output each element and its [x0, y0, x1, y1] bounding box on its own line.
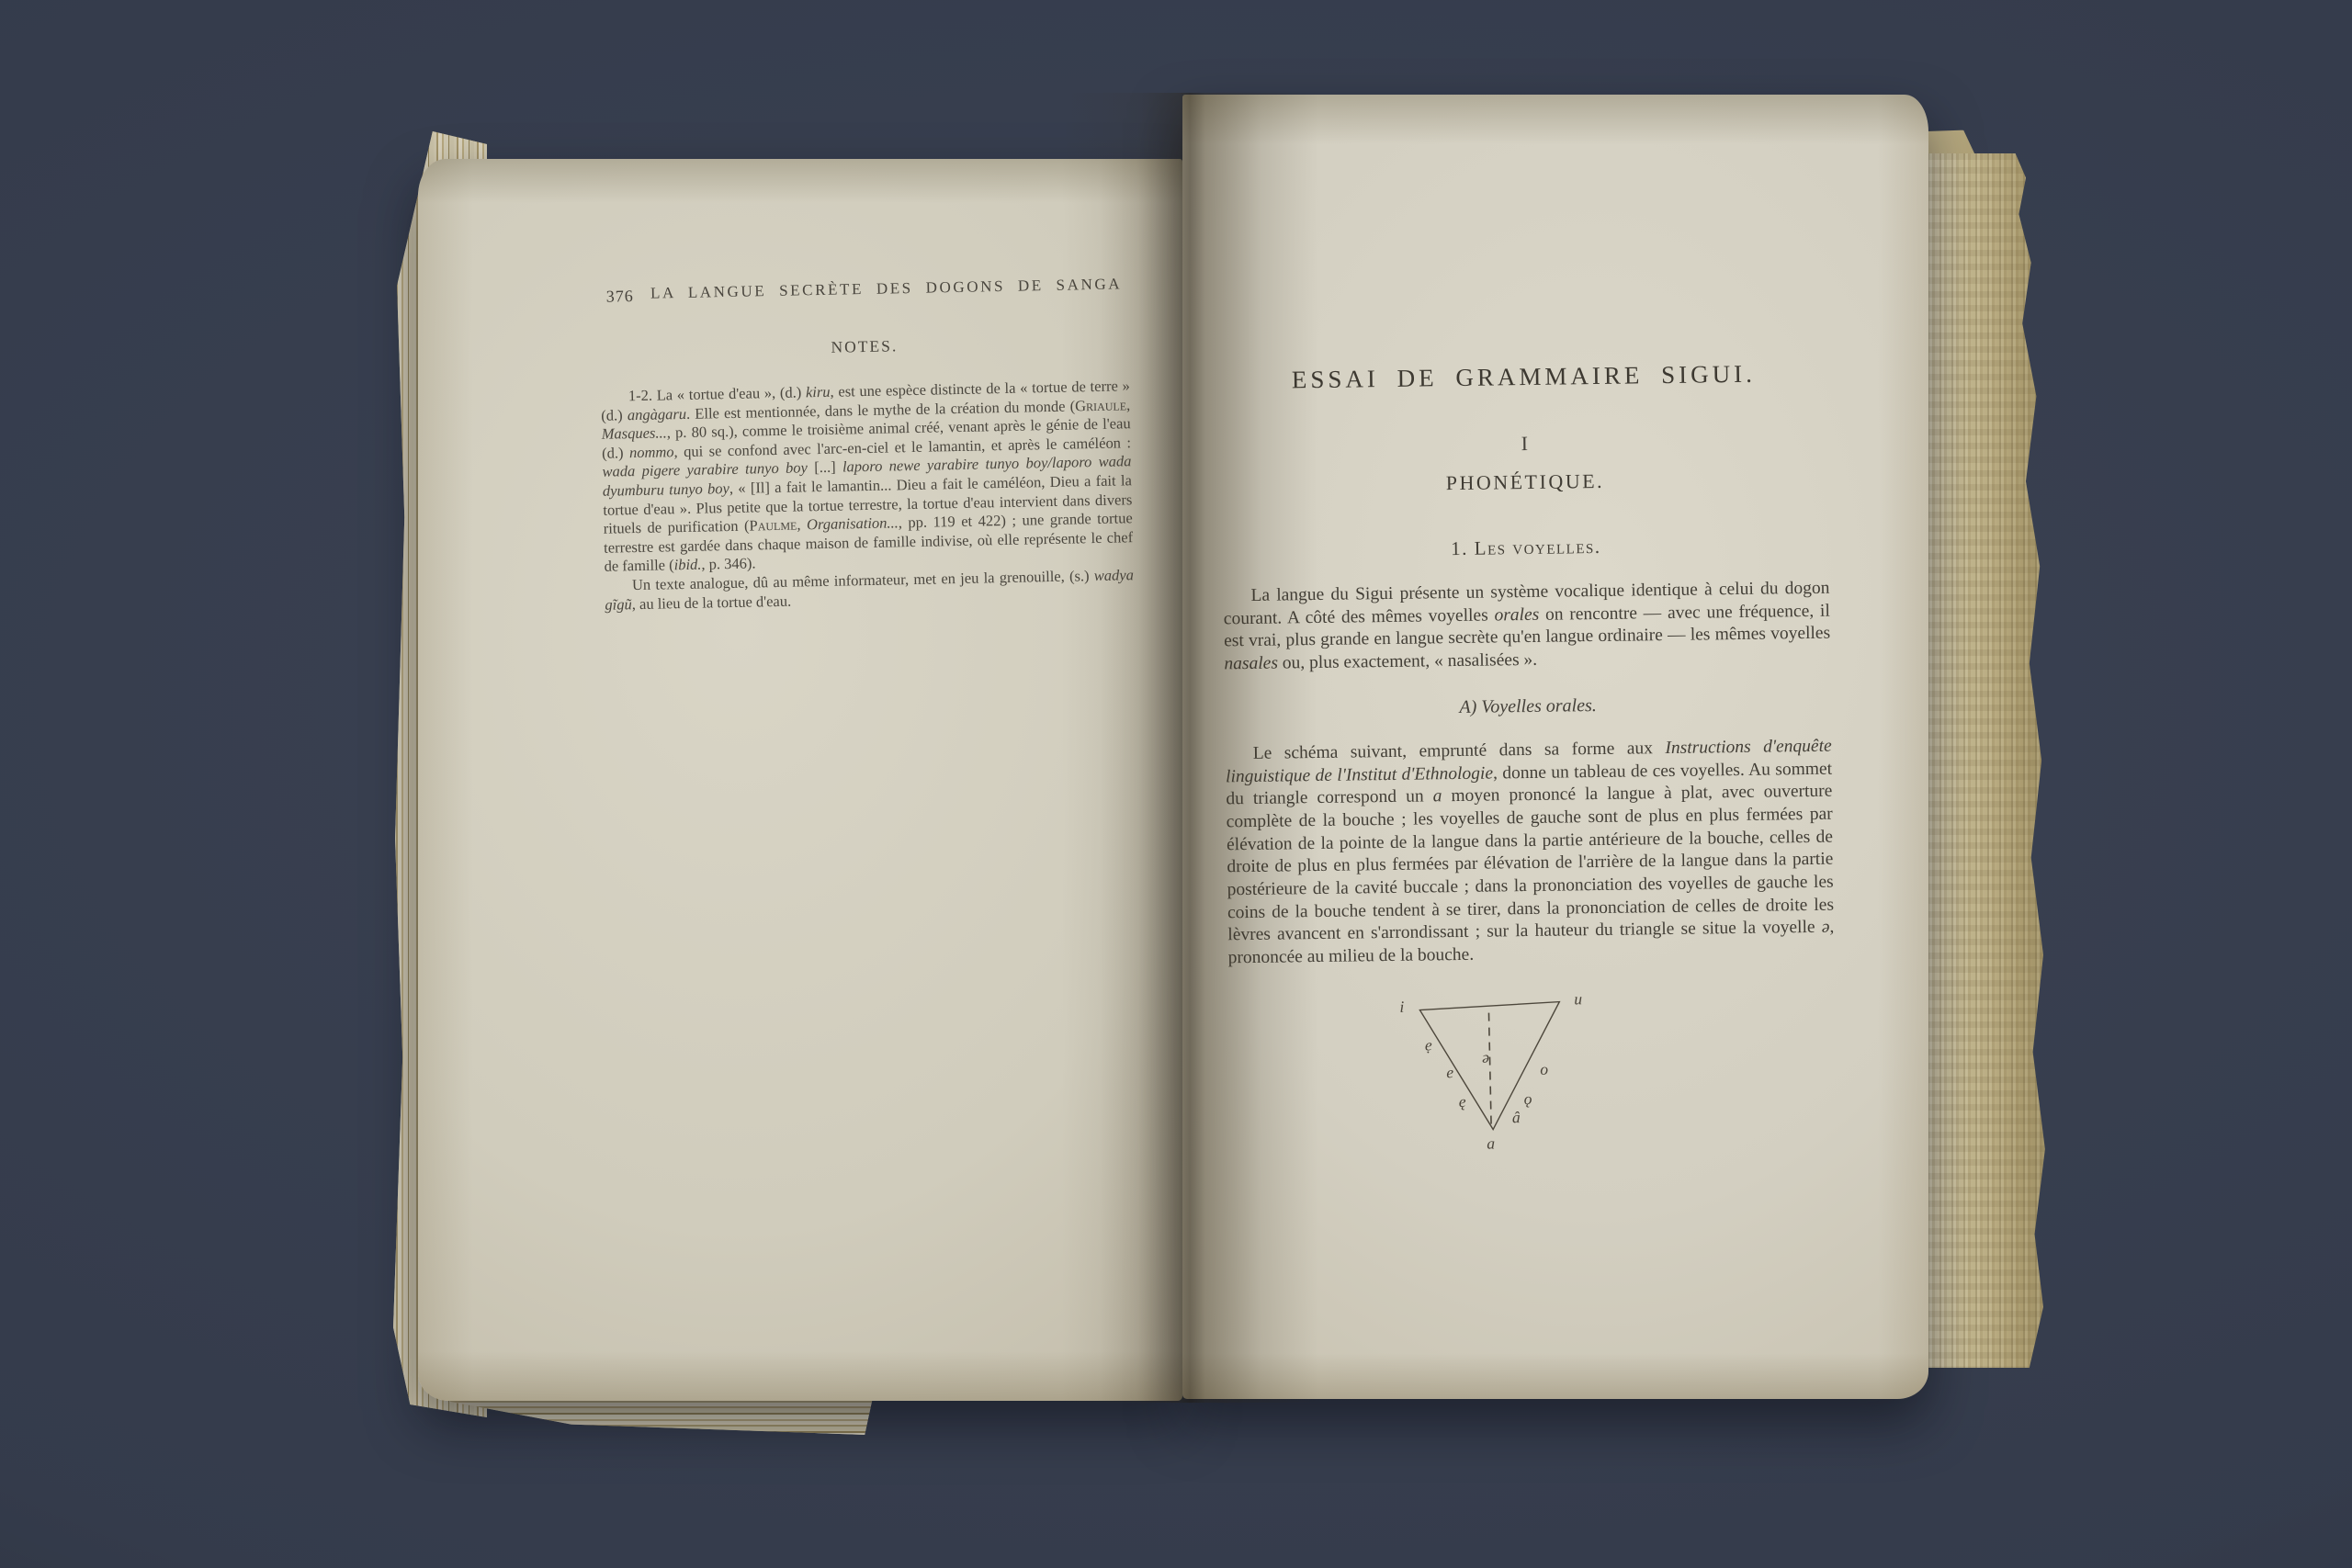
vowel-label-i: i — [1399, 999, 1404, 1016]
text-segment: , au lieu de la tortue d'eau. — [632, 592, 792, 612]
paragraph: Le schéma suivant, emprunté dans sa form… — [1226, 735, 1835, 970]
text-segment: 1-2. La « tortue d'eau », (d.) — [628, 383, 806, 404]
text-segment: kiru — [806, 383, 831, 401]
vowel-label-u: u — [1574, 991, 1582, 1008]
vowel-label-o-closed: o — [1540, 1062, 1548, 1078]
text-segment: wada pigere yarabire tunyo boy — [602, 459, 808, 480]
photo-of-open-book: { "palette": { "background": "#343b4b", … — [0, 0, 2352, 1568]
text-segment: nasales — [1224, 654, 1278, 674]
running-title: LA LANGUE SECRÈTE DES DOGONS DE SANGA — [635, 275, 1136, 303]
text-segment: , p. 346). — [701, 555, 755, 573]
text-segment: angàgaru — [628, 405, 687, 423]
text-segment: Paulme — [749, 516, 797, 535]
left-page-header: 376 LA LANGUE SECRÈTE DES DOGONS DE SANG… — [598, 275, 1127, 310]
text-segment: , — [1126, 396, 1131, 413]
part-numeral: I — [1221, 428, 1827, 460]
page-number: 376 — [606, 287, 634, 307]
left-page-text-column: 376 LA LANGUE SECRÈTE DES DOGONS DE SANG… — [598, 275, 1134, 615]
text-segment: ibid. — [673, 556, 701, 574]
vowel-label-e-open: ę — [1459, 1094, 1466, 1111]
vowel-label-a-circumflex: â — [1512, 1110, 1521, 1126]
center-dashed-line — [1488, 1012, 1491, 1123]
text-segment: Masques... — [602, 424, 667, 443]
right-fore-edge-page-stack — [1904, 153, 2078, 1368]
vowel-triangle-diagram: i u a ẹ e ę o ǫ â ə — [1392, 993, 1600, 1176]
vowel-label-e-mid: e — [1446, 1065, 1453, 1081]
note-paragraph: 1-2. La « tortue d'eau », (d.) kiru, est… — [601, 377, 1134, 576]
notes-heading: NOTES. — [600, 332, 1129, 362]
text-segment: Griaule — [1075, 396, 1126, 414]
vowel-label-o-open: ǫ — [1524, 1091, 1532, 1108]
right-page: ESSAI DE GRAMMAIRE SIGUI. I PHONÉTIQUE. … — [1182, 95, 1928, 1399]
chapter-title: ESSAI DE GRAMMAIRE SIGUI. — [1220, 359, 1826, 396]
text-segment: ou, plus exactement, « nasalisées ». — [1278, 650, 1537, 673]
paragraph: La langue du Sigui présente un système v… — [1223, 578, 1830, 676]
open-book: 376 LA LANGUE SECRÈTE DES DOGONS DE SANG… — [386, 78, 2113, 1511]
vowel-label-schwa: ə — [1482, 1049, 1489, 1066]
vowel-label-e-closed: ẹ — [1425, 1037, 1432, 1054]
text-segment: a — [1433, 786, 1442, 806]
right-page-text-column: ESSAI DE GRAMMAIRE SIGUI. I PHONÉTIQUE. … — [1220, 359, 1837, 1178]
text-segment: [...] — [808, 458, 842, 477]
part-title: PHONÉTIQUE. — [1222, 467, 1828, 499]
notes-block: 1-2. La « tortue d'eau », (d.) kiru, est… — [601, 377, 1135, 615]
paragraph-schema-description: Le schéma suivant, emprunté dans sa form… — [1226, 735, 1835, 970]
left-page: 376 LA LANGUE SECRÈTE DES DOGONS DE SANG… — [418, 159, 1182, 1401]
text-segment: , — [797, 515, 807, 533]
vowel-triangle-svg — [1392, 993, 1600, 1176]
text-segment: nommo — [629, 443, 674, 461]
vowel-label-a: a — [1487, 1135, 1495, 1152]
text-segment: orales — [1494, 605, 1539, 626]
text-segment: Le schéma suivant, emprunté dans sa form… — [1253, 739, 1666, 763]
subsection-heading-voyelles-orales: A) Voyelles orales. — [1225, 692, 1831, 721]
paragraph-voyelles-intro: La langue du Sigui présente un système v… — [1223, 578, 1830, 676]
text-segment: Organisation... — [807, 513, 899, 533]
section-heading-les-voyelles: 1. Les voyelles. — [1223, 533, 1829, 564]
